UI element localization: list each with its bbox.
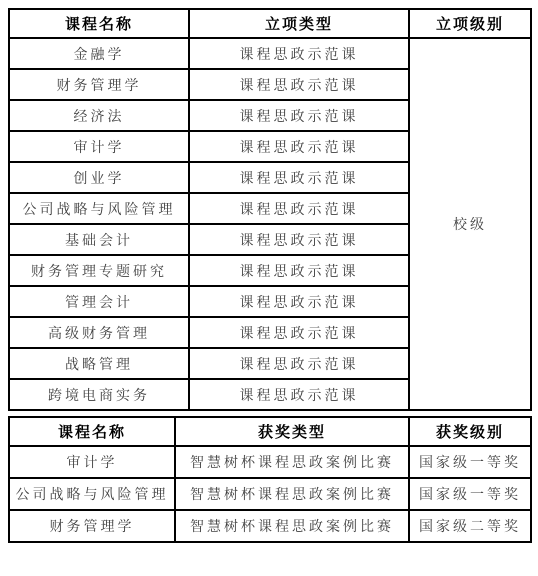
type-cell: 课程思政示范课 <box>189 131 409 162</box>
course-cell: 财务管理专题研究 <box>9 255 189 286</box>
course-cell: 基础会计 <box>9 224 189 255</box>
course-cell: 金融学 <box>9 38 189 69</box>
document-page: 课程名称 立项类型 立项级别 金融学 课程思政示范课 校级 财务管理学 课程思政… <box>0 0 538 576</box>
course-cell: 公司战略与风险管理 <box>9 193 189 224</box>
type-cell: 课程思政示范课 <box>189 255 409 286</box>
award-type-cell: 智慧树杯课程思政案例比赛 <box>175 446 409 478</box>
course-cell: 财务管理学 <box>9 510 175 542</box>
type-cell: 课程思政示范课 <box>189 38 409 69</box>
award-type-cell: 智慧树杯课程思政案例比赛 <box>175 510 409 542</box>
type-cell: 课程思政示范课 <box>189 162 409 193</box>
course-cell: 战略管理 <box>9 348 189 379</box>
type-cell: 课程思政示范课 <box>189 317 409 348</box>
course-cell: 公司战略与风险管理 <box>9 478 175 510</box>
award-table-header-row: 课程名称 获奖类型 获奖级别 <box>9 417 531 446</box>
type-cell: 课程思政示范课 <box>189 69 409 100</box>
type-cell: 课程思政示范课 <box>189 100 409 131</box>
course-cell: 审计学 <box>9 446 175 478</box>
type-cell: 课程思政示范课 <box>189 193 409 224</box>
course-cell: 审计学 <box>9 131 189 162</box>
course-cell: 财务管理学 <box>9 69 189 100</box>
course-cell: 创业学 <box>9 162 189 193</box>
project-table-header-row: 课程名称 立项类型 立项级别 <box>9 9 531 38</box>
table-row: 公司战略与风险管理 智慧树杯课程思政案例比赛 国家级一等奖 <box>9 478 531 510</box>
header-award-type: 获奖类型 <box>175 417 409 446</box>
type-cell: 课程思政示范课 <box>189 348 409 379</box>
course-cell: 管理会计 <box>9 286 189 317</box>
header-project-type: 立项类型 <box>189 9 409 38</box>
award-level-cell: 国家级二等奖 <box>409 510 531 542</box>
project-level-merged-cell: 校级 <box>409 38 531 410</box>
header-course-name: 课程名称 <box>9 417 175 446</box>
table-row: 审计学 智慧树杯课程思政案例比赛 国家级一等奖 <box>9 446 531 478</box>
type-cell: 课程思政示范课 <box>189 379 409 410</box>
header-course-name: 课程名称 <box>9 9 189 38</box>
header-award-level: 获奖级别 <box>409 417 531 446</box>
award-level-cell: 国家级一等奖 <box>409 478 531 510</box>
course-cell: 高级财务管理 <box>9 317 189 348</box>
project-table: 课程名称 立项类型 立项级别 金融学 课程思政示范课 校级 财务管理学 课程思政… <box>8 8 532 411</box>
table-row: 金融学 课程思政示范课 校级 <box>9 38 531 69</box>
course-cell: 经济法 <box>9 100 189 131</box>
type-cell: 课程思政示范课 <box>189 286 409 317</box>
award-type-cell: 智慧树杯课程思政案例比赛 <box>175 478 409 510</box>
award-table: 课程名称 获奖类型 获奖级别 审计学 智慧树杯课程思政案例比赛 国家级一等奖 公… <box>8 416 532 543</box>
course-cell: 跨境电商实务 <box>9 379 189 410</box>
table-row: 财务管理学 智慧树杯课程思政案例比赛 国家级二等奖 <box>9 510 531 542</box>
award-level-cell: 国家级一等奖 <box>409 446 531 478</box>
type-cell: 课程思政示范课 <box>189 224 409 255</box>
header-project-level: 立项级别 <box>409 9 531 38</box>
